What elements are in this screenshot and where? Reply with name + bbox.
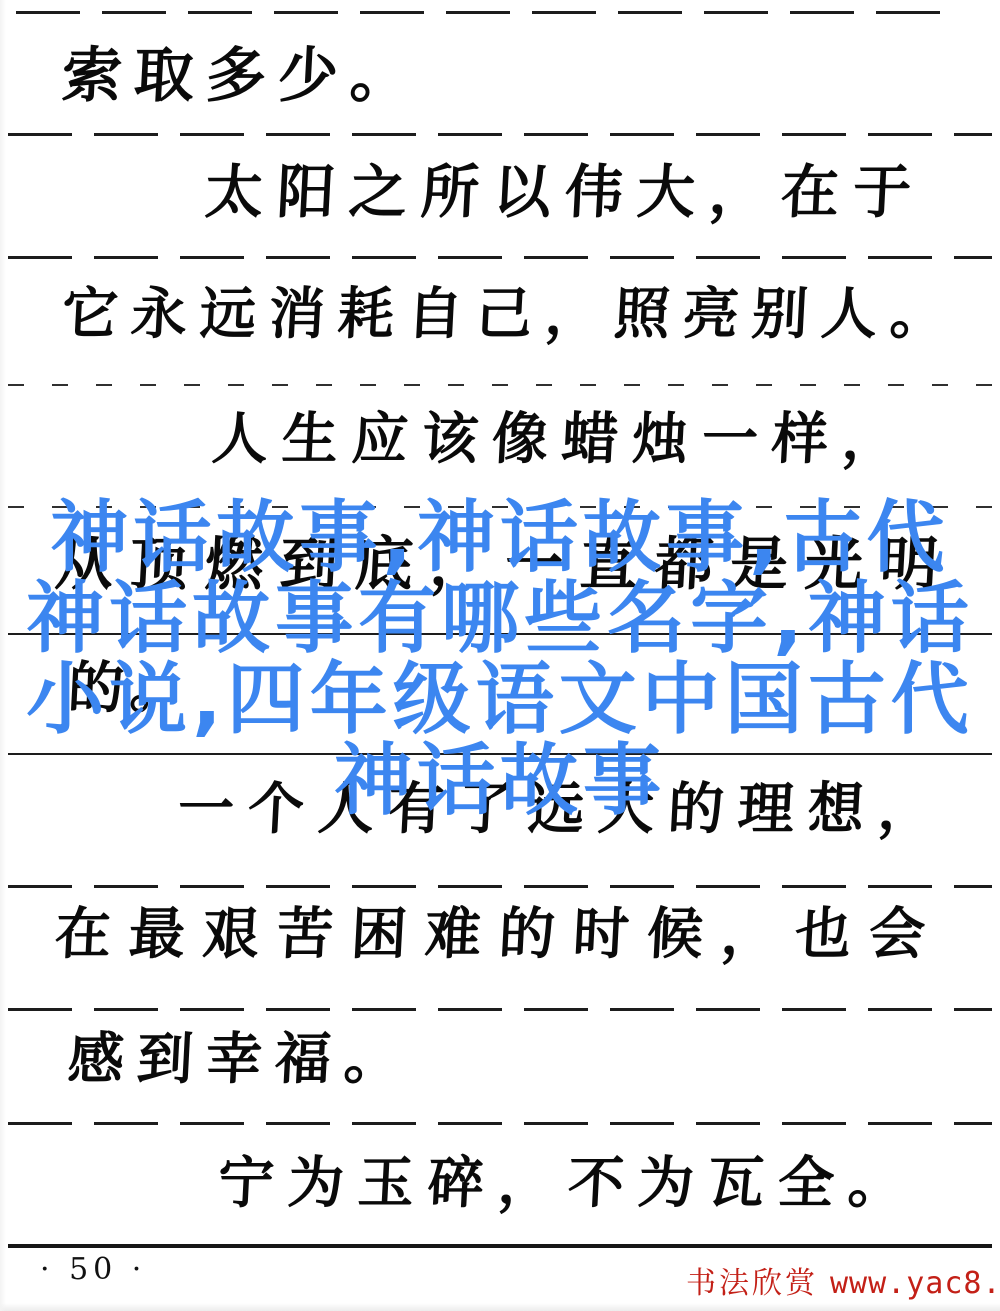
handwriting-line: 在最艰苦困难的时候，也会 bbox=[53, 901, 945, 968]
handwriting-line: 感到幸福。 bbox=[66, 1026, 415, 1093]
handwriting-line: 它永远消耗自己，照亮别人。 bbox=[60, 281, 961, 348]
ruled-line bbox=[8, 384, 992, 386]
handwriting-line: 宁为玉碎，不为瓦全。 bbox=[216, 1150, 920, 1217]
scanned-calligraphy-page: 索取多少。 太阳之所以伟大，在于 它永远消耗自己，照亮别人。 人生应该像蜡烛一样… bbox=[0, 0, 1000, 1311]
overlay-title-line: 神话故事,神话故事,古代 bbox=[0, 498, 1000, 579]
page-number: · 50 · bbox=[40, 1252, 146, 1287]
overlay-title-line: 小说,四年级语文中国古代 bbox=[0, 660, 1000, 741]
ruled-line bbox=[8, 133, 992, 136]
watermark-url: www.yac8.com bbox=[830, 1266, 1000, 1301]
site-watermark: 书法欣赏www.yac8.com bbox=[686, 1258, 1000, 1302]
ruled-line bbox=[16, 11, 960, 14]
ruled-line bbox=[8, 1244, 992, 1248]
overlay-title-line: 神话故事 bbox=[0, 741, 1000, 822]
ruled-line bbox=[8, 1008, 992, 1011]
seo-title-overlay: 神话故事,神话故事,古代 神话故事有哪些名字,神话 小说,四年级语文中国古代 神… bbox=[0, 498, 1000, 822]
watermark-site-name: 书法欣赏 bbox=[686, 1266, 818, 1301]
scan-edge-shading bbox=[0, 1303, 1000, 1311]
handwriting-line: 太阳之所以伟大，在于 bbox=[203, 158, 927, 228]
ruled-line bbox=[8, 256, 992, 259]
handwriting-line: 索取多少。 bbox=[60, 40, 424, 112]
handwriting-line: 人生应该像蜡烛一样， bbox=[210, 406, 914, 473]
ruled-line bbox=[8, 1122, 992, 1125]
ruled-line bbox=[8, 885, 992, 888]
overlay-title-line: 神话故事有哪些名字,神话 bbox=[0, 579, 1000, 660]
